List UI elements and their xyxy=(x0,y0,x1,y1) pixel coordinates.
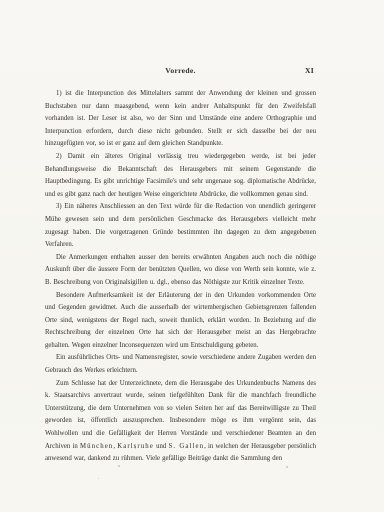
text-block: 1) ist die Interpunction des Mittelalter… xyxy=(45,88,316,466)
running-title: Vorrede. xyxy=(45,66,316,75)
scan-speck xyxy=(286,466,288,468)
paragraph: Zum Schlusse hat der Unterzeichnete, dem… xyxy=(45,378,316,466)
book-page: Vorrede. XI 1) ist die Interpunction des… xyxy=(0,0,384,512)
paragraph: 2) Damit ein älteres Original verlässig … xyxy=(45,151,316,201)
scan-speck xyxy=(135,448,136,449)
text-run: 1) ist die Interpunction des Mittelalter… xyxy=(45,90,316,147)
text-run: Ein ausführliches Orts- und Namensregist… xyxy=(45,354,316,374)
place-name: München xyxy=(80,443,113,450)
text-run: 2) Damit ein älteres Original verlässig … xyxy=(45,153,316,198)
place-name: S. Gallen xyxy=(168,443,204,450)
page-number: XI xyxy=(305,66,314,75)
text-run: Besondere Aufmerksamkeit ist der Erläute… xyxy=(45,292,316,349)
paragraph: 1) ist die Interpunction des Mittelalter… xyxy=(45,88,316,151)
text-run: Die Anmerkungen enthalten ausser den ber… xyxy=(45,254,316,286)
scan-speck xyxy=(118,465,120,467)
paragraph: Besondere Aufmerksamkeit ist der Erläute… xyxy=(45,290,316,353)
page-header: Vorrede. XI xyxy=(45,66,316,78)
text-run: Zum Schlusse hat der Unterzeichnete, dem… xyxy=(45,380,316,450)
page-content: Vorrede. XI 1) ist die Interpunction des… xyxy=(45,66,316,466)
scan-speck xyxy=(98,478,99,479)
paragraph: Ein ausführliches Orts- und Namensregist… xyxy=(45,352,316,377)
text-run: und xyxy=(154,443,169,450)
paragraph: Die Anmerkungen enthalten ausser den ber… xyxy=(45,252,316,290)
text-run: 3) Ein näheres Anschliessen an den Text … xyxy=(45,203,316,248)
paragraph: 3) Ein näheres Anschliessen an den Text … xyxy=(45,201,316,251)
